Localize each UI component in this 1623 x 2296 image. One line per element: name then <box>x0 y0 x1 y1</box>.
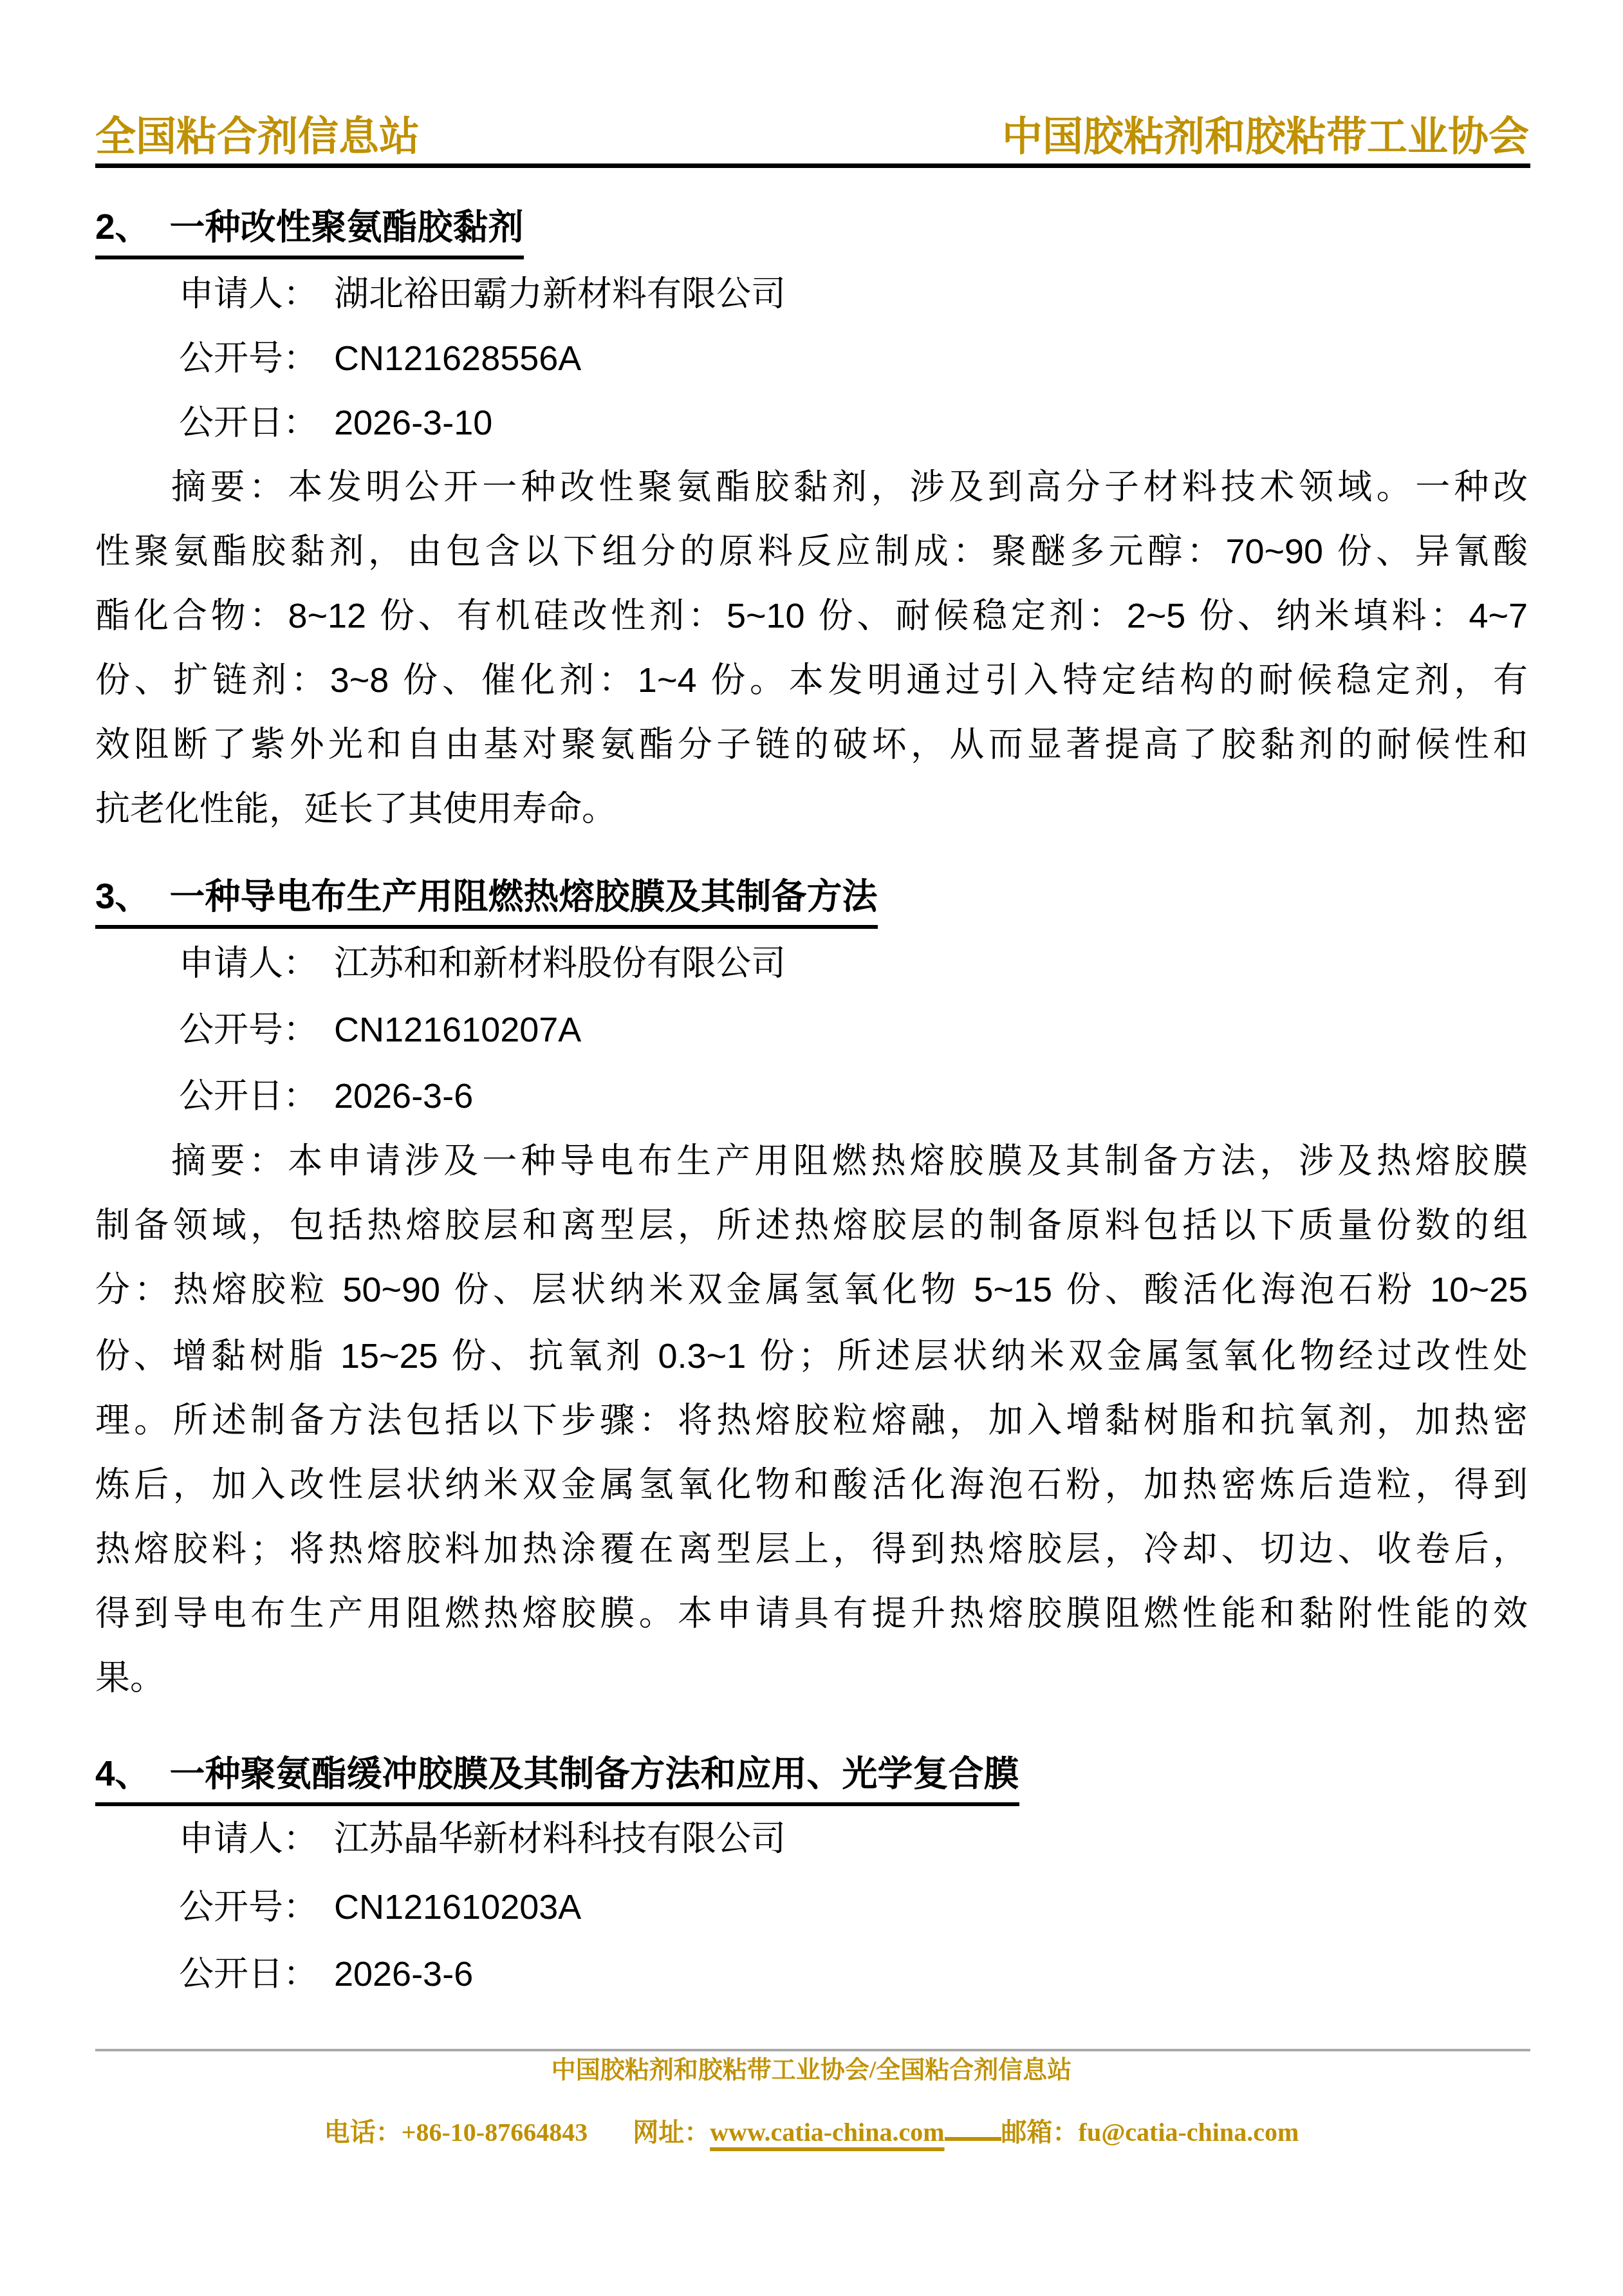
patent-3-applicant-row: 申请人：江苏和和新材料股份有限公司 <box>179 940 1528 987</box>
patent-3-heading-text: 3、一种导电布生产用阻燃热熔胶膜及其制备方法 <box>95 873 878 929</box>
publication-date-value: 2026-3-10 <box>334 404 492 442</box>
footer-contact-line: 电话：+86-10-87664843网址：www.catia-china.com… <box>95 2109 1528 2150</box>
patent-3-abstract-line: 摘要：本申请涉及一种导电布生产用阻燃热熔胶膜及其制备方法，涉及热熔胶膜 <box>95 1138 1528 1184</box>
patent-2-heading-text: 2、一种改性聚氨酯胶黏剂 <box>95 203 524 259</box>
patent-4-number: 4、 <box>95 1753 151 1793</box>
publication-date-value: 2026-3-6 <box>334 1077 473 1115</box>
applicant-label: 申请人： <box>179 1820 318 1858</box>
patent-4-applicant-row: 申请人：江苏晶华新材料科技有限公司 <box>179 1816 1528 1862</box>
patent-4-heading: 4、一种聚氨酯缓冲胶膜及其制备方法和应用、光学复合膜 <box>95 1750 1528 1806</box>
footer-org-line: 中国胶粘剂和胶粘带工业协会/全国粘合剂信息站 <box>95 2054 1528 2086</box>
patent-3-heading: 3、一种导电布生产用阻燃热熔胶膜及其制备方法 <box>95 873 1528 929</box>
publication-no-label: 公开号： <box>179 1011 318 1049</box>
patent-3-abstract-line: 得到导电布生产用阻燃热熔胶膜。本申请具有提升热熔胶膜阻燃性能和黏附性能的效 <box>95 1591 1528 1637</box>
patent-2-heading: 2、一种改性聚氨酯胶黏剂 <box>95 203 1528 259</box>
applicant-value: 江苏晶华新材料科技有限公司 <box>334 1820 786 1858</box>
publication-no-value: CN121628556A <box>334 339 581 378</box>
publication-no-value: CN121610203A <box>334 1888 581 1927</box>
patent-3-number: 3、 <box>95 876 151 916</box>
patent-2-abstract-line: 摘要：本发明公开一种改性聚氨酯胶黏剂，涉及到高分子材料技术领域。一种改 <box>95 464 1528 510</box>
patent-2-title: 一种改性聚氨酯胶黏剂 <box>170 207 524 247</box>
patent-3-abstract-line: 果。 <box>95 1655 1528 1701</box>
header-left-title: 全国粘合剂信息站 <box>95 109 420 163</box>
patent-3-abstract-line: 炼后，加入改性层状纳米双金属氢氧化物和酸活化海泡石粉，加热密炼后造粒，得到 <box>95 1462 1528 1508</box>
patent-2-abstract-line: 酯化合物：8~12 份、有机硅改性剂：5~10 份、耐候稳定剂：2~5 份、纳米… <box>95 593 1528 639</box>
patent-2-pubdate-row: 公开日：2026-3-10 <box>179 400 1528 446</box>
footer-phone: 电话：+86-10-87664843 <box>324 2118 588 2147</box>
applicant-value: 江苏和和新材料股份有限公司 <box>334 944 786 983</box>
patent-4-pubno-row: 公开号：CN121610203A <box>179 1884 1528 1930</box>
publication-date-label: 公开日： <box>179 1955 318 1993</box>
document-page: 全国粘合剂信息站 中国胶粘剂和胶粘带工业协会 2、一种改性聚氨酯胶黏剂 申请人：… <box>0 0 1623 2296</box>
patent-3-pubdate-row: 公开日：2026-3-6 <box>179 1073 1528 1119</box>
footer-divider <box>95 2049 1530 2051</box>
publication-date-value: 2026-3-6 <box>334 1955 473 1993</box>
patent-2-applicant-row: 申请人：湖北裕田霸力新材料有限公司 <box>179 271 1528 317</box>
patent-3-abstract-line: 热熔胶料；将热熔胶料加热涂覆在离型层上，得到热熔胶层，冷却、切边、收卷后， <box>95 1526 1528 1573</box>
applicant-label: 申请人： <box>179 944 318 983</box>
publication-no-value: CN121610207A <box>334 1011 581 1049</box>
patent-4-heading-text: 4、一种聚氨酯缓冲胶膜及其制备方法和应用、光学复合膜 <box>95 1750 1019 1806</box>
applicant-value: 湖北裕田霸力新材料有限公司 <box>334 275 786 313</box>
publication-no-label: 公开号： <box>179 1888 318 1927</box>
header-divider <box>95 163 1530 168</box>
patent-4-pubdate-row: 公开日：2026-3-6 <box>179 1951 1528 1997</box>
footer-web-label: 网址： <box>633 2118 710 2147</box>
patent-3-title: 一种导电布生产用阻燃热熔胶膜及其制备方法 <box>170 876 878 916</box>
footer-email: 邮箱：fu@catia-china.com <box>1001 2118 1299 2147</box>
patent-3-abstract-line: 制备领域，包括热熔胶层和离型层，所述热熔胶层的制备原料包括以下质量份数的组 <box>95 1202 1528 1249</box>
patent-2-abstract-line: 抗老化性能，延长了其使用寿命。 <box>95 786 1528 832</box>
footer-website-link[interactable]: www.catia-china.com <box>710 2118 944 2147</box>
page-header: 全国粘合剂信息站 中国胶粘剂和胶粘带工业协会 <box>95 109 1529 163</box>
publication-no-label: 公开号： <box>179 339 318 378</box>
patent-3-abstract-line: 理。所述制备方法包括以下步骤：将热熔胶粒熔融，加入增黏树脂和抗氧剂，加热密 <box>95 1397 1528 1444</box>
publication-date-label: 公开日： <box>179 404 318 442</box>
patent-2-pubno-row: 公开号：CN121628556A <box>179 335 1528 382</box>
patent-3-pubno-row: 公开号：CN121610207A <box>179 1007 1528 1053</box>
patent-2-abstract-line: 份、扩链剂：3~8 份、催化剂：1~4 份。本发明通过引入特定结构的耐候稳定剂，… <box>95 657 1528 704</box>
header-right-title: 中国胶粘剂和胶粘带工业协会 <box>1002 109 1529 163</box>
patent-3-abstract-line: 分：热熔胶粒 50~90 份、层状纳米双金属氢氧化物 5~15 份、酸活化海泡石… <box>95 1267 1528 1313</box>
patent-3-abstract-line: 份、增黏树脂 15~25 份、抗氧剂 0.3~1 份；所述层状纳米双金属氢氧化物… <box>95 1333 1528 1379</box>
footer-underline-extension <box>945 2109 1001 2141</box>
patent-2-abstract-line: 效阻断了紫外光和自由基对聚氨酯分子链的破坏，从而显著提高了胶黏剂的耐候性和 <box>95 722 1528 768</box>
patent-2-abstract-line: 性聚氨酯胶黏剂，由包含以下组分的原料反应制成：聚醚多元醇：70~90 份、异氰酸 <box>95 528 1528 575</box>
applicant-label: 申请人： <box>179 275 318 313</box>
patent-4-title: 一种聚氨酯缓冲胶膜及其制备方法和应用、光学复合膜 <box>170 1753 1019 1793</box>
patent-2-number: 2、 <box>95 207 151 247</box>
publication-date-label: 公开日： <box>179 1077 318 1115</box>
